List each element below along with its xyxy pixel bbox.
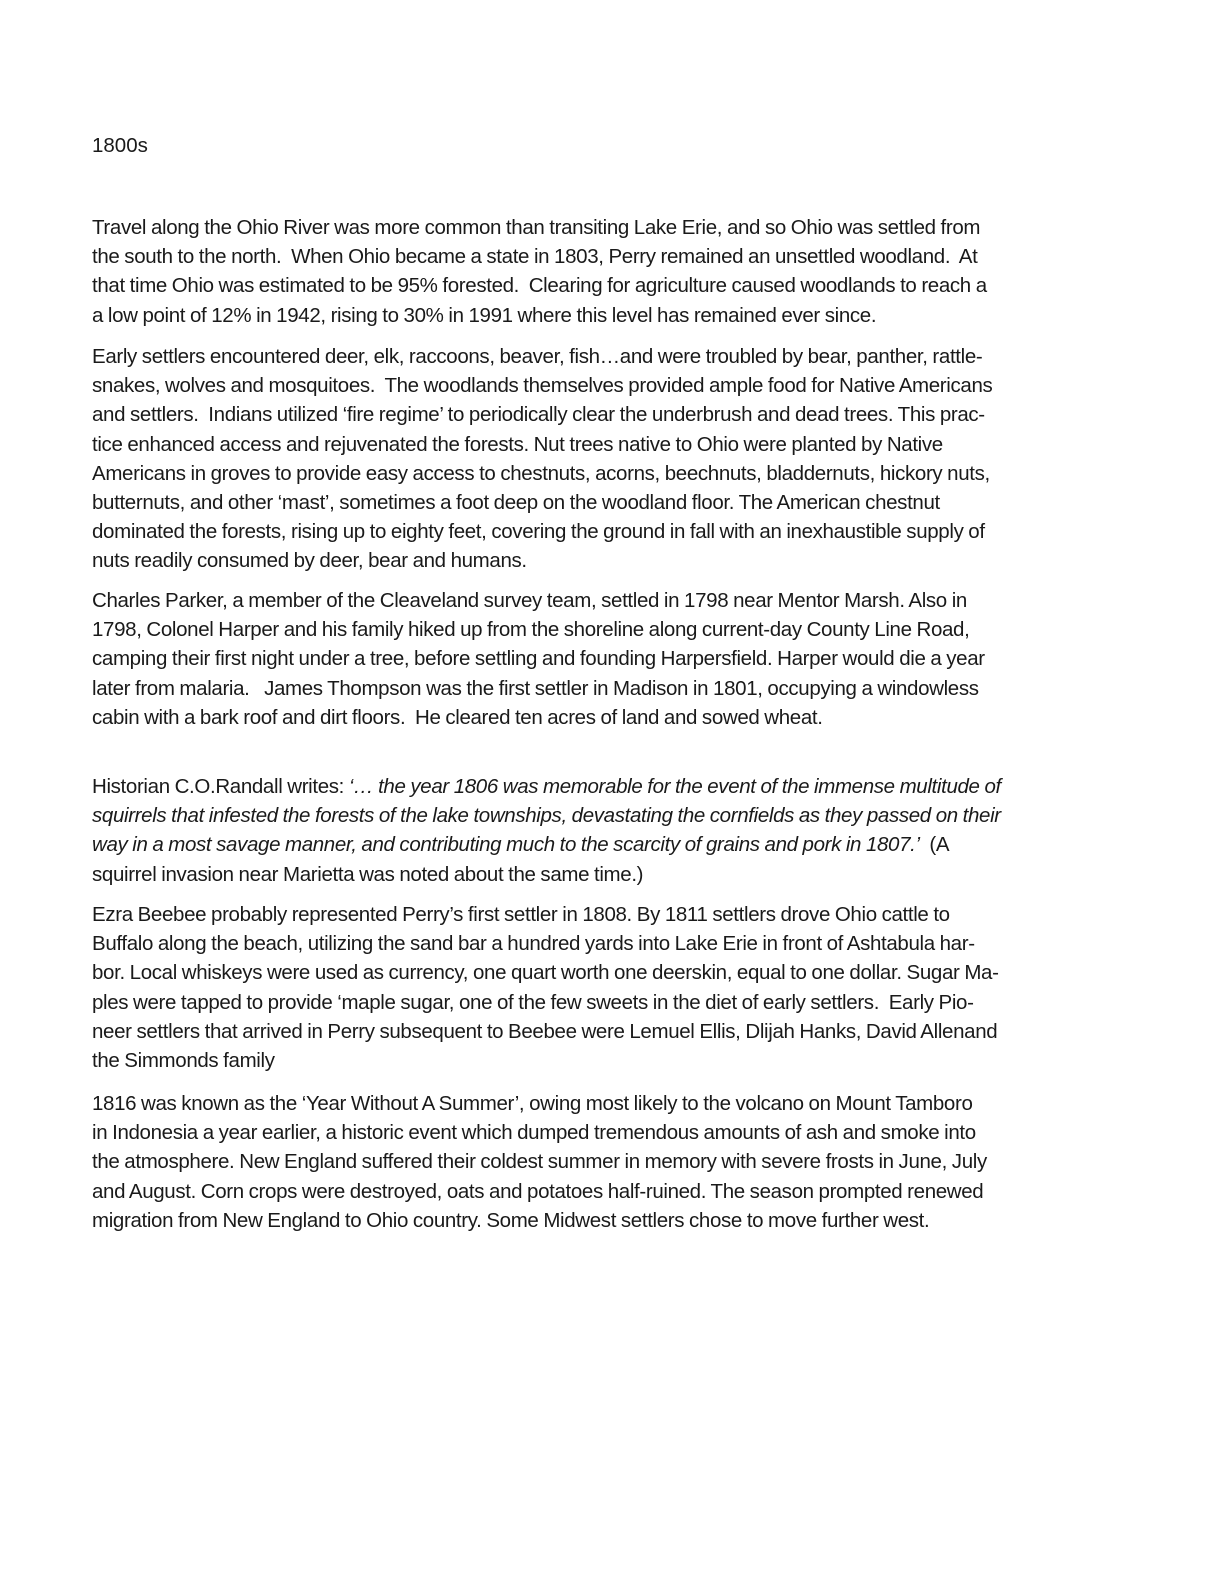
paragraph-ohio-settlement: Travel along the Ohio River was more com… <box>92 213 987 330</box>
text-line: that time Ohio was estimated to be 95% f… <box>92 271 987 300</box>
text-line: butternuts, and other ‘mast’, sometimes … <box>92 488 992 517</box>
text-line: nuts readily consumed by deer, bear and … <box>92 546 992 575</box>
paragraph-year-without-summer: 1816 was known as the ‘Year Without A Su… <box>92 1089 987 1235</box>
text-line: Travel along the Ohio River was more com… <box>92 213 987 242</box>
text-line: 1798, Colonel Harper and his family hike… <box>92 615 985 644</box>
text-line: and August. Corn crops were destroyed, o… <box>92 1177 987 1206</box>
quote-attribution: Historian C.O.Randall writes: <box>92 775 349 798</box>
text-line: Americans in groves to provide easy acce… <box>92 459 992 488</box>
text-line: camping their first night under a tree, … <box>92 644 985 673</box>
text-line: way in a most savage manner, and contrib… <box>92 830 1001 859</box>
text-line: and settlers. Indians utilized ‘fire reg… <box>92 400 992 429</box>
text-line: the south to the north. When Ohio became… <box>92 242 987 271</box>
text-line: later from malaria. James Thompson was t… <box>92 674 985 703</box>
text-line: bor. Local whiskeys were used as currenc… <box>92 958 999 987</box>
text-line: squirrel invasion near Marietta was note… <box>92 860 1001 889</box>
text-line: Historian C.O.Randall writes: ‘… the yea… <box>92 772 1001 801</box>
quote-text: ‘… the year 1806 was memorable for the e… <box>349 775 1001 798</box>
text-line: cabin with a bark roof and dirt floors. … <box>92 703 985 732</box>
text-line: the atmosphere. New England suffered the… <box>92 1147 987 1176</box>
section-heading: 1800s <box>92 131 148 160</box>
text-line: neer settlers that arrived in Perry subs… <box>92 1017 999 1046</box>
text-line: snakes, wolves and mosquitoes. The woodl… <box>92 371 992 400</box>
quote-text: way in a most savage manner, and contrib… <box>92 833 920 856</box>
paragraph-randall-quote: Historian C.O.Randall writes: ‘… the yea… <box>92 772 1001 889</box>
text-line: dominated the forests, rising up to eigh… <box>92 517 992 546</box>
parenthetical-note: (A <box>920 833 950 856</box>
text-line: Charles Parker, a member of the Cleavela… <box>92 586 985 615</box>
text-line: 1816 was known as the ‘Year Without A Su… <box>92 1089 987 1118</box>
paragraph-early-settlers: Charles Parker, a member of the Cleavela… <box>92 586 985 732</box>
text-line: Buffalo along the beach, utilizing the s… <box>92 929 999 958</box>
text-line: Early settlers encountered deer, elk, ra… <box>92 342 992 371</box>
quote-text: squirrels that infested the forests of t… <box>92 801 1001 830</box>
text-line: tice enhanced access and rejuvenated the… <box>92 430 992 459</box>
text-line: migration from New England to Ohio count… <box>92 1206 987 1235</box>
text-line: ples were tapped to provide ‘maple sugar… <box>92 988 999 1017</box>
text-line: Ezra Beebee probably represented Perry’s… <box>92 900 999 929</box>
paragraph-perry-first-settler: Ezra Beebee probably represented Perry’s… <box>92 900 999 1075</box>
text-line: the Simmonds family <box>92 1046 999 1075</box>
paragraph-wildlife-and-woodlands: Early settlers encountered deer, elk, ra… <box>92 342 992 576</box>
text-line: a low point of 12% in 1942, rising to 30… <box>92 301 987 330</box>
text-line: in Indonesia a year earlier, a historic … <box>92 1118 987 1147</box>
